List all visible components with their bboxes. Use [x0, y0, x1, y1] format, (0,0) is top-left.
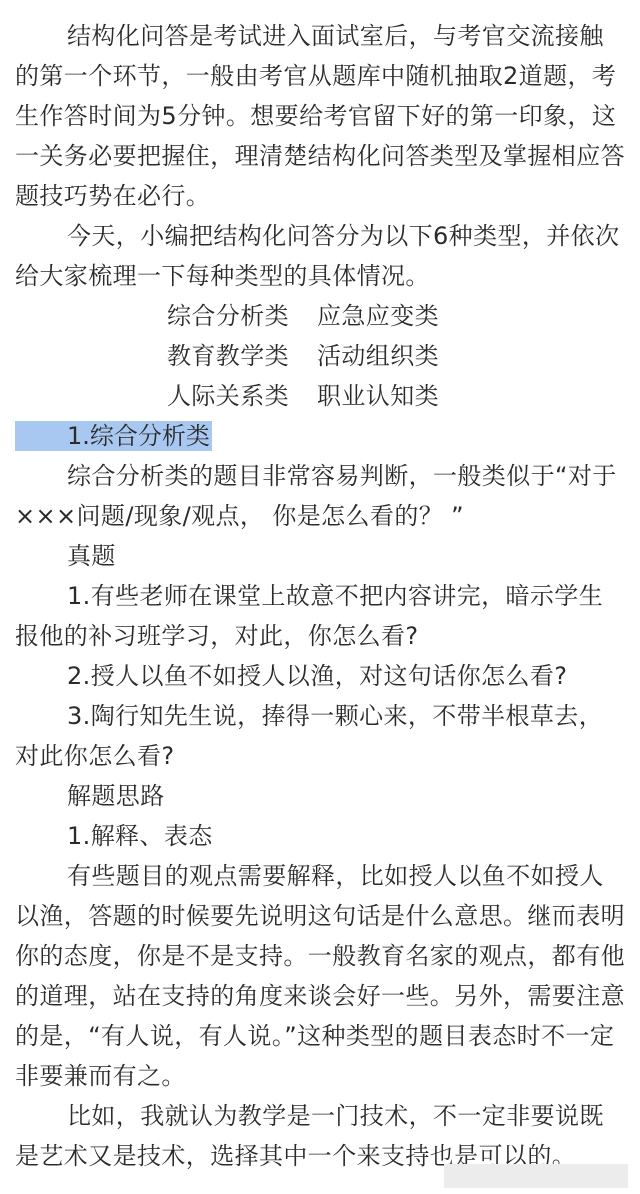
approach-label: 解题思路 [15, 776, 627, 816]
question-item: 2.授人以鱼不如授人以渔，对这句话你怎么看? [15, 656, 627, 696]
section-heading-selected[interactable]: 1.综合分析类 [15, 421, 212, 451]
article-body: 结构化问答是考试进入面试室后，与考官交流接触的第一个环节，一般由考官从题库中随机… [15, 0, 627, 1176]
type-row: 教育教学类 活动组织类 [167, 336, 627, 376]
section-heading-row: 1.综合分析类 [15, 416, 627, 456]
type-item: 人际关系类 [167, 376, 317, 416]
type-list: 综合分析类 应急应变类 教育教学类 活动组织类 人际关系类 职业认知类 [15, 296, 627, 416]
step-paragraph: 有些题目的观点需要解释，比如授人以鱼不如授人以渔，答题的时候要先说明这句话是什么… [15, 856, 627, 1096]
type-row: 综合分析类 应急应变类 [167, 296, 627, 336]
question-item: 3.陶行知先生说，捧得一颗心来，不带半根草去，对此你怎么看? [15, 696, 627, 776]
type-item: 活动组织类 [317, 336, 467, 376]
intro-paragraph-2: 今天，小编把结构化问答分为以下6种类型，并依次给大家梳理一下每种类型的具体情况。 [15, 216, 627, 296]
type-item: 综合分析类 [167, 296, 317, 336]
question-item: 1.有些老师在课堂上故意不把内容讲完，暗示学生报他的补习班学习，对此，你怎么看? [15, 576, 627, 656]
real-questions-label: 真题 [15, 536, 627, 576]
intro-paragraph-1: 结构化问答是考试进入面试室后，与考官交流接触的第一个环节，一般由考官从题库中随机… [15, 16, 627, 216]
step-label: 1.解释、表态 [15, 816, 627, 856]
type-item: 职业认知类 [317, 376, 467, 416]
section-description: 综合分析类的题目非常容易判断，一般类似于“对于×××问题/现象/观点， 你是怎么… [15, 456, 627, 536]
type-row: 人际关系类 职业认知类 [167, 376, 627, 416]
watermark-placeholder [444, 1164, 628, 1188]
type-item: 教育教学类 [167, 336, 317, 376]
type-item: 应急应变类 [317, 296, 467, 336]
